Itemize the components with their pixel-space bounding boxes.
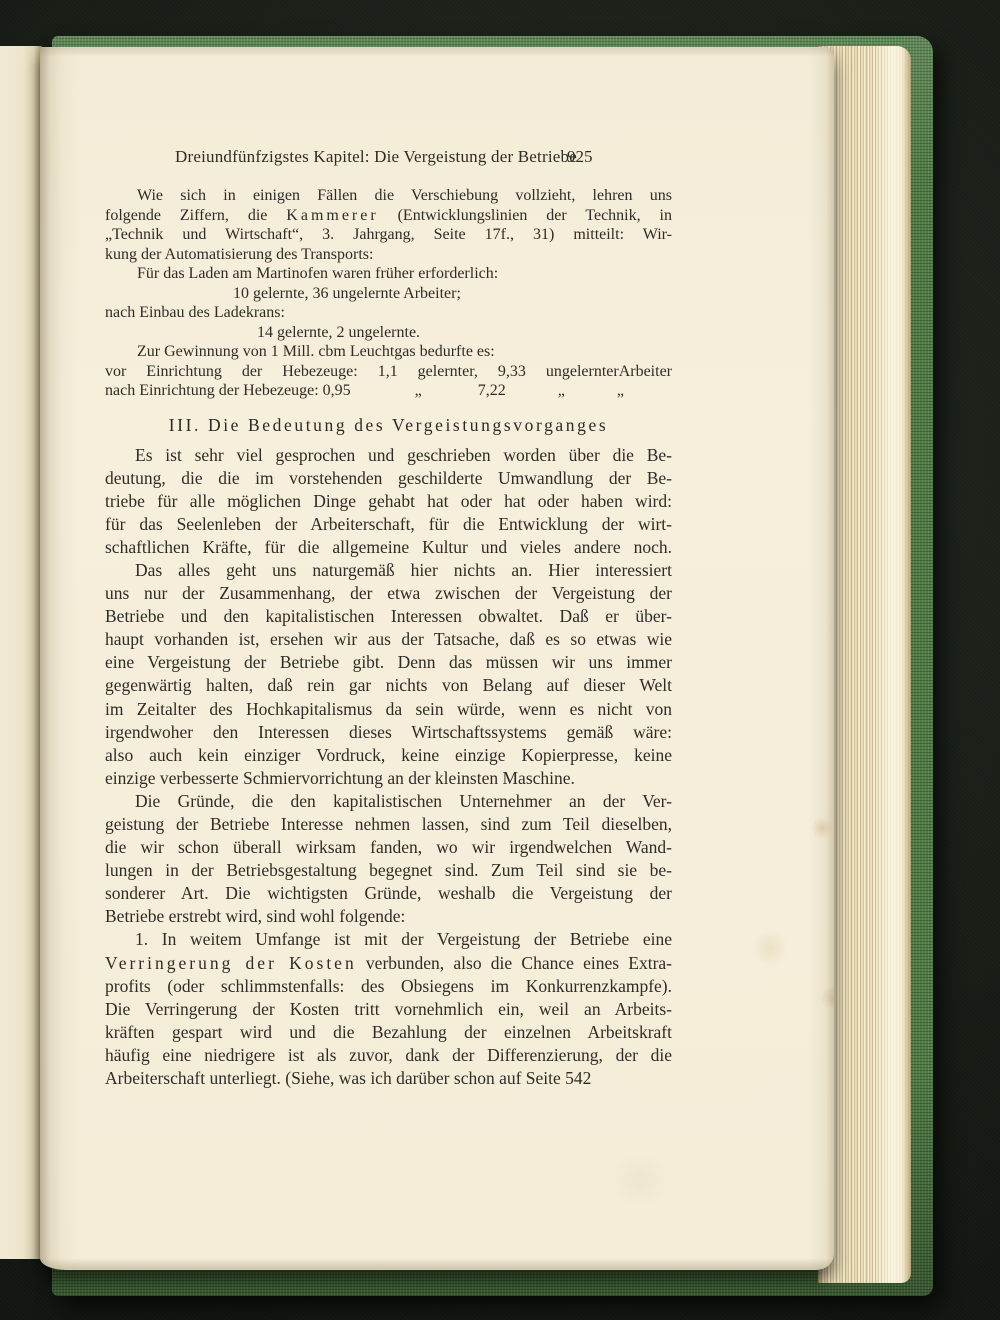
text-line: vor Einrichtung der Hebezeuge: 1,1 geler… (105, 362, 672, 382)
text-line: kung der Automatisierung des Transports: (105, 245, 672, 265)
text-line: Das alles geht uns naturgemäß hier nicht… (105, 559, 672, 582)
text-column: Wie sich in einigen Fällen die Verschieb… (105, 168, 672, 1090)
paragraph: 10 gelernte, 36 ungelernte Arbeiter; (105, 284, 672, 304)
left-page-edge (0, 46, 42, 1259)
text-line: Verringerung der Kosten verbunden, also … (105, 952, 672, 975)
paragraph: Das alles geht uns naturgemäß hier nicht… (105, 559, 672, 790)
page-content: Dreiundfünfzigstes Kapitel: Die Vergeist… (105, 146, 672, 1090)
text-line: Betriebe erstrebt wird, sind wohl folgen… (105, 905, 672, 928)
paragraph: Wie sich in einigen Fällen die Verschieb… (105, 186, 672, 264)
paragraph: Es ist sehr viel gesprochen und geschrie… (105, 444, 672, 559)
text-line: 1. In weitem Umfange ist mit der Vergeis… (105, 928, 672, 951)
scanned-book-photo: Dreiundfünfzigstes Kapitel: Die Vergeist… (0, 0, 1000, 1320)
book-page: Dreiundfünfzigstes Kapitel: Die Vergeist… (40, 47, 834, 1270)
text-line: für das Seelenleben der Arbeiterschaft, … (105, 513, 672, 536)
text-line: Betriebe und den kapitalistischen Intere… (105, 605, 672, 628)
paragraph: nach Einbau des Ladekrans: (105, 303, 672, 323)
text-line: einzige verbesserte Schmiervorrichtung a… (105, 767, 672, 790)
text-line: Die Verringerung der Kosten tritt vorneh… (105, 998, 672, 1021)
text-line: uns nur der Zusammenhang, der etwa zwisc… (105, 582, 672, 605)
text-line: sonderer Art. Die wichtigsten Gründe, we… (105, 882, 672, 905)
paragraph: 1. In weitem Umfange ist mit der Vergeis… (105, 928, 672, 1090)
paragraph: Die Gründe, die den kapitalistischen Unt… (105, 790, 672, 929)
text-line: Für das Laden am Martinofen waren früher… (105, 264, 672, 284)
text-line: 14 gelernte, 2 ungelernte. (105, 323, 672, 343)
text-line: Wie sich in einigen Fällen die Verschieb… (105, 186, 672, 206)
text-line: profits (oder schlimmstenfalls: des Obsi… (105, 975, 672, 998)
paragraph: Zur Gewinnung von 1 Mill. cbm Leuchtgas … (105, 342, 672, 362)
text-line: häufig eine niedrigere ist als zuvor, da… (105, 1044, 672, 1067)
text-line: haupt vorhanden ist, ersehen wir aus der… (105, 628, 672, 651)
text-line: im Zeitalter des Hochkapitalismus da sei… (105, 698, 672, 721)
text-line: nach Einbau des Ladekrans: (105, 303, 672, 323)
text-line: Die Gründe, die den kapitalistischen Unt… (105, 790, 672, 813)
paragraph: vor Einrichtung der Hebezeuge: 1,1 geler… (105, 362, 672, 382)
text-line: „Technik und Wirtschaft“, 3. Jahrgang, S… (105, 225, 672, 245)
running-title: Dreiundfünfzigstes Kapitel: Die Vergeist… (175, 147, 577, 166)
text-line: lungen in der Betriebsgestaltung begegne… (105, 859, 672, 882)
text-line: 10 gelernte, 36 ungelernte Arbeiter; (105, 284, 672, 304)
text-line: folgende Ziffern, die Kammerer (Entwickl… (105, 206, 672, 226)
paragraph: Für das Laden am Martinofen waren früher… (105, 264, 672, 284)
section-heading: III. Die Bedeutung des Vergeistungsvorga… (105, 413, 672, 437)
text-line: Arbeiterschaft unterliegt. (Siehe, was i… (105, 1067, 672, 1090)
page-header: Dreiundfünfzigstes Kapitel: Die Vergeist… (105, 146, 672, 168)
page-number: 925 (567, 146, 593, 168)
text-line: die wir schon überall wirksam fanden, wo… (105, 836, 672, 859)
text-line: eine Vergeistung der Betriebe gibt. Denn… (105, 651, 672, 674)
text-line: irgendwoher den Interessen dieses Wirtsc… (105, 721, 672, 744)
text-line: schaftlichen Kräfte, für die allgemeine … (105, 536, 672, 559)
text-line: geistung der Betriebe Interesse nehmen l… (105, 813, 672, 836)
text-line: also auch kein einziger Vordruck, keine … (105, 744, 672, 767)
paragraph: nach Einrichtung der Hebezeuge: 0,95 „ 7… (105, 381, 672, 401)
text-line: nach Einrichtung der Hebezeuge: 0,95 „ 7… (105, 381, 672, 401)
text-line: kräften gespart wird und die Bezahlung d… (105, 1021, 672, 1044)
text-line: triebe für alle möglichen Dinge gehabt h… (105, 490, 672, 513)
text-line: gegenwärtig halten, daß rein gar nichts … (105, 674, 672, 697)
text-line: Es ist sehr viel gesprochen und geschrie… (105, 444, 672, 467)
text-line: Zur Gewinnung von 1 Mill. cbm Leuchtgas … (105, 342, 672, 362)
paragraph: 14 gelernte, 2 ungelernte. (105, 323, 672, 343)
text-line: deutung, die die im vorstehenden geschil… (105, 467, 672, 490)
